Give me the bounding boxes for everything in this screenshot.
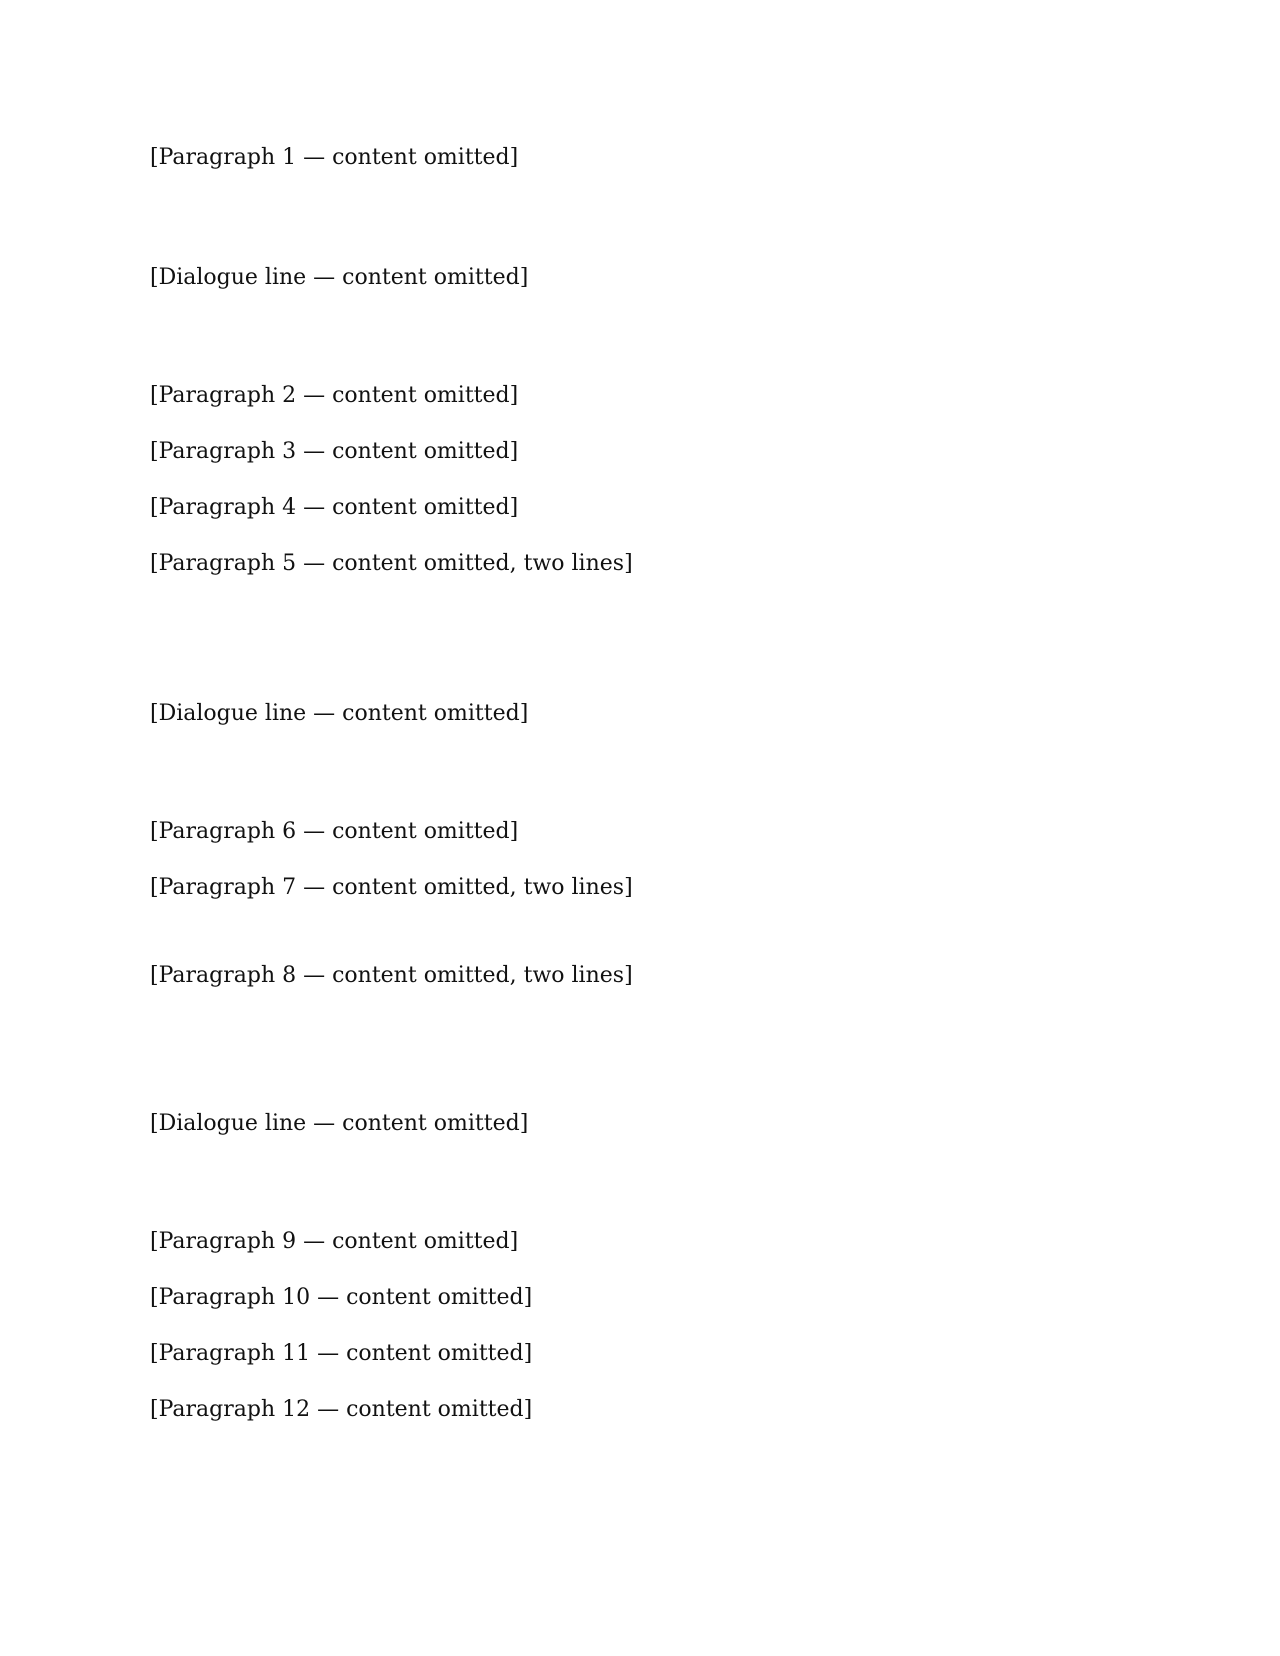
- paragraph: [Paragraph 2 — content omitted]: [150, 380, 1130, 412]
- dialogue-line: [Dialogue line — content omitted]: [150, 698, 1130, 730]
- paragraph: [Paragraph 3 — content omitted]: [150, 436, 1130, 468]
- paragraph: [Paragraph 7 — content omitted, two line…: [150, 872, 1130, 904]
- dialogue-line: [Dialogue line — content omitted]: [150, 1108, 1130, 1140]
- paragraph: [Paragraph 1 — content omitted]: [150, 142, 1130, 174]
- paragraph: [Paragraph 4 — content omitted]: [150, 492, 1130, 524]
- paragraph: [Paragraph 10 — content omitted]: [150, 1282, 1130, 1314]
- paragraph: [Paragraph 5 — content omitted, two line…: [150, 548, 1130, 580]
- paragraph: [Paragraph 12 — content omitted]: [150, 1394, 1130, 1426]
- paragraph: [Paragraph 8 — content omitted, two line…: [150, 960, 1130, 992]
- paragraph: [Paragraph 11 — content omitted]: [150, 1338, 1130, 1370]
- paragraph: [Paragraph 9 — content omitted]: [150, 1226, 1130, 1258]
- paragraph: [Paragraph 6 — content omitted]: [150, 816, 1130, 848]
- dialogue-line: [Dialogue line — content omitted]: [150, 262, 1130, 294]
